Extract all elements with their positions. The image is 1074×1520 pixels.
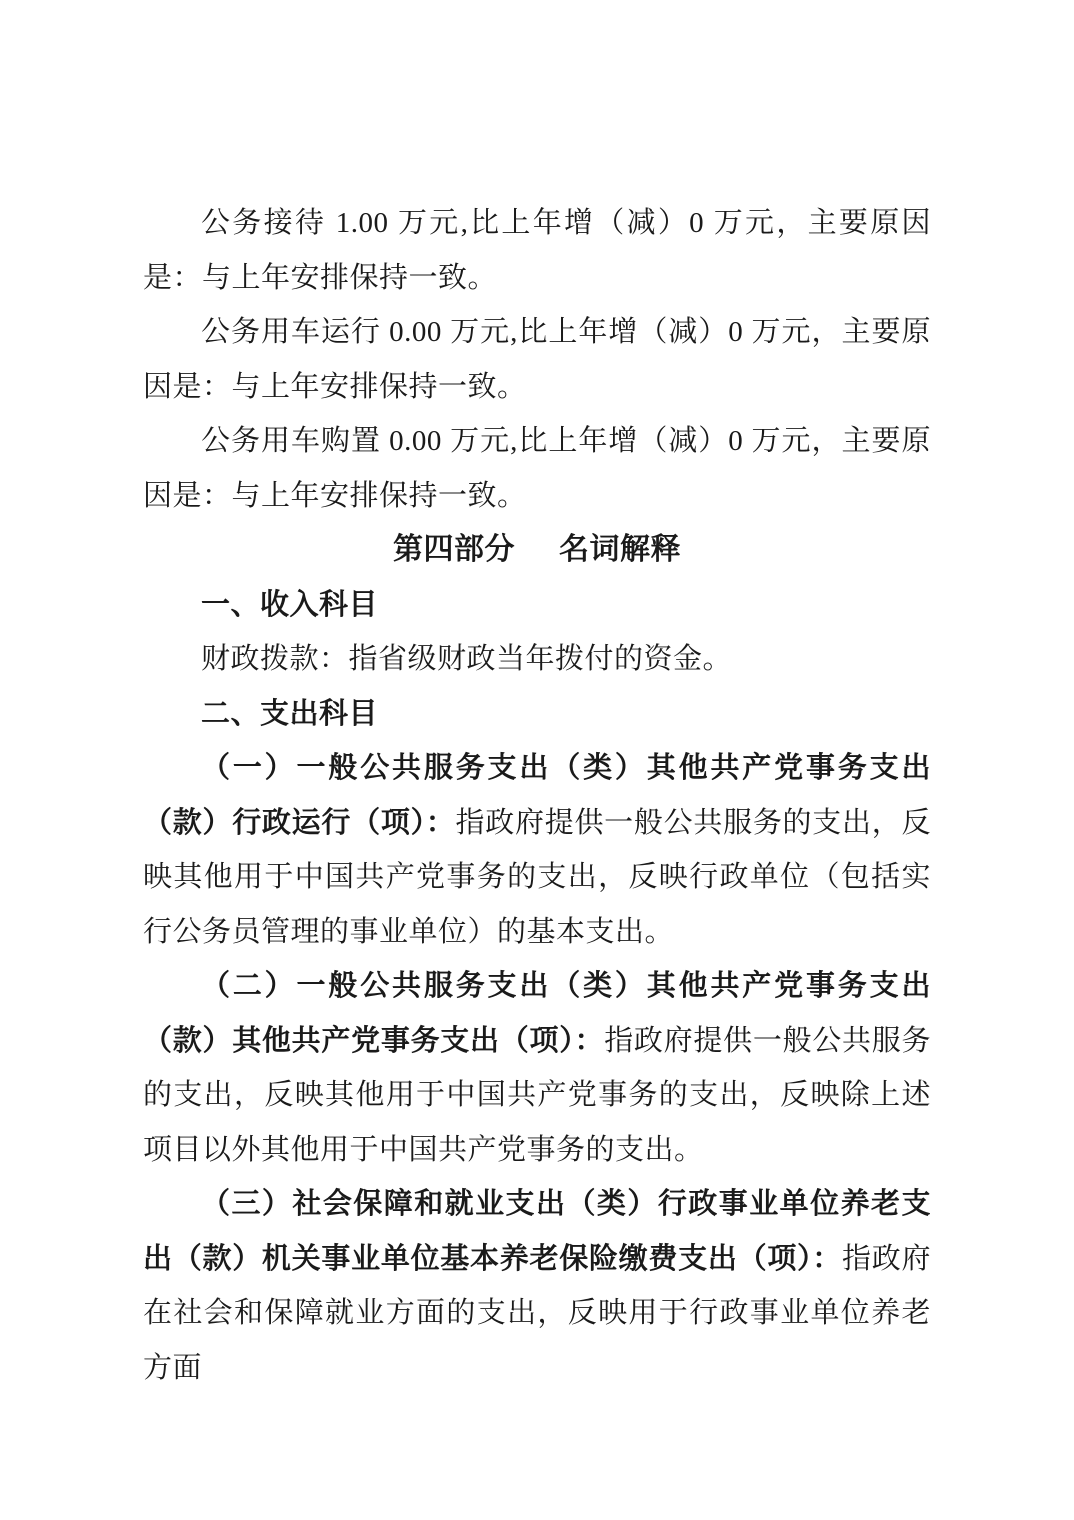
text-run: 公务接待 1.00 万元,比上年增（减）0 万元，主要原因是：与上年安排保持一致… xyxy=(143,207,931,294)
bold-text-run: 名词解释 xyxy=(559,533,681,566)
paragraph: 公务用车购置 0.00 万元,比上年增（减）0 万元，主要原因是：与上年安排保持… xyxy=(143,414,931,523)
document-page: 公务接待 1.00 万元,比上年增（减）0 万元，主要原因是：与上年安排保持一致… xyxy=(0,0,1074,1520)
subsection-heading: 二、支出科目 xyxy=(143,687,931,742)
text-run: 财政拨款：指省级财政当年拨付的资金。 xyxy=(201,643,732,675)
bold-text-run: 第四部分 xyxy=(393,533,515,566)
paragraph: 公务用车运行 0.00 万元,比上年增（减）0 万元，主要原因是：与上年安排保持… xyxy=(143,305,931,414)
subsection-heading: 一、收入科目 xyxy=(143,578,931,633)
text-run: 公务用车运行 0.00 万元,比上年增（减）0 万元，主要原因是：与上年安排保持… xyxy=(143,316,931,403)
paragraph: 公务接待 1.00 万元,比上年增（减）0 万元，主要原因是：与上年安排保持一致… xyxy=(143,196,931,305)
bold-text-run: 二、支出科目 xyxy=(201,698,378,730)
text-run: 公务用车购置 0.00 万元,比上年增（减）0 万元，主要原因是：与上年安排保持… xyxy=(143,425,931,512)
paragraph: （二）一般公共服务支出（类）其他共产党事务支出（款）其他共产党事务支出（项）：指… xyxy=(143,959,931,1177)
paragraph: （一）一般公共服务支出（类）其他共产党事务支出（款）行政运行（项）：指政府提供一… xyxy=(143,741,931,959)
document-body: 公务接待 1.00 万元,比上年增（减）0 万元，主要原因是：与上年安排保持一致… xyxy=(143,196,931,1395)
bold-text-run: 一、收入科目 xyxy=(201,589,378,621)
paragraph: 财政拨款：指省级财政当年拨付的资金。 xyxy=(143,632,931,687)
section-heading: 第四部分名词解释 xyxy=(143,523,931,578)
bold-text-run: （三）社会保障和就业支出（类）行政事业单位养老支出（款）机关事业单位基本养老保险… xyxy=(143,1188,931,1275)
paragraph: （三）社会保障和就业支出（类）行政事业单位养老支出（款）机关事业单位基本养老保险… xyxy=(143,1177,931,1395)
